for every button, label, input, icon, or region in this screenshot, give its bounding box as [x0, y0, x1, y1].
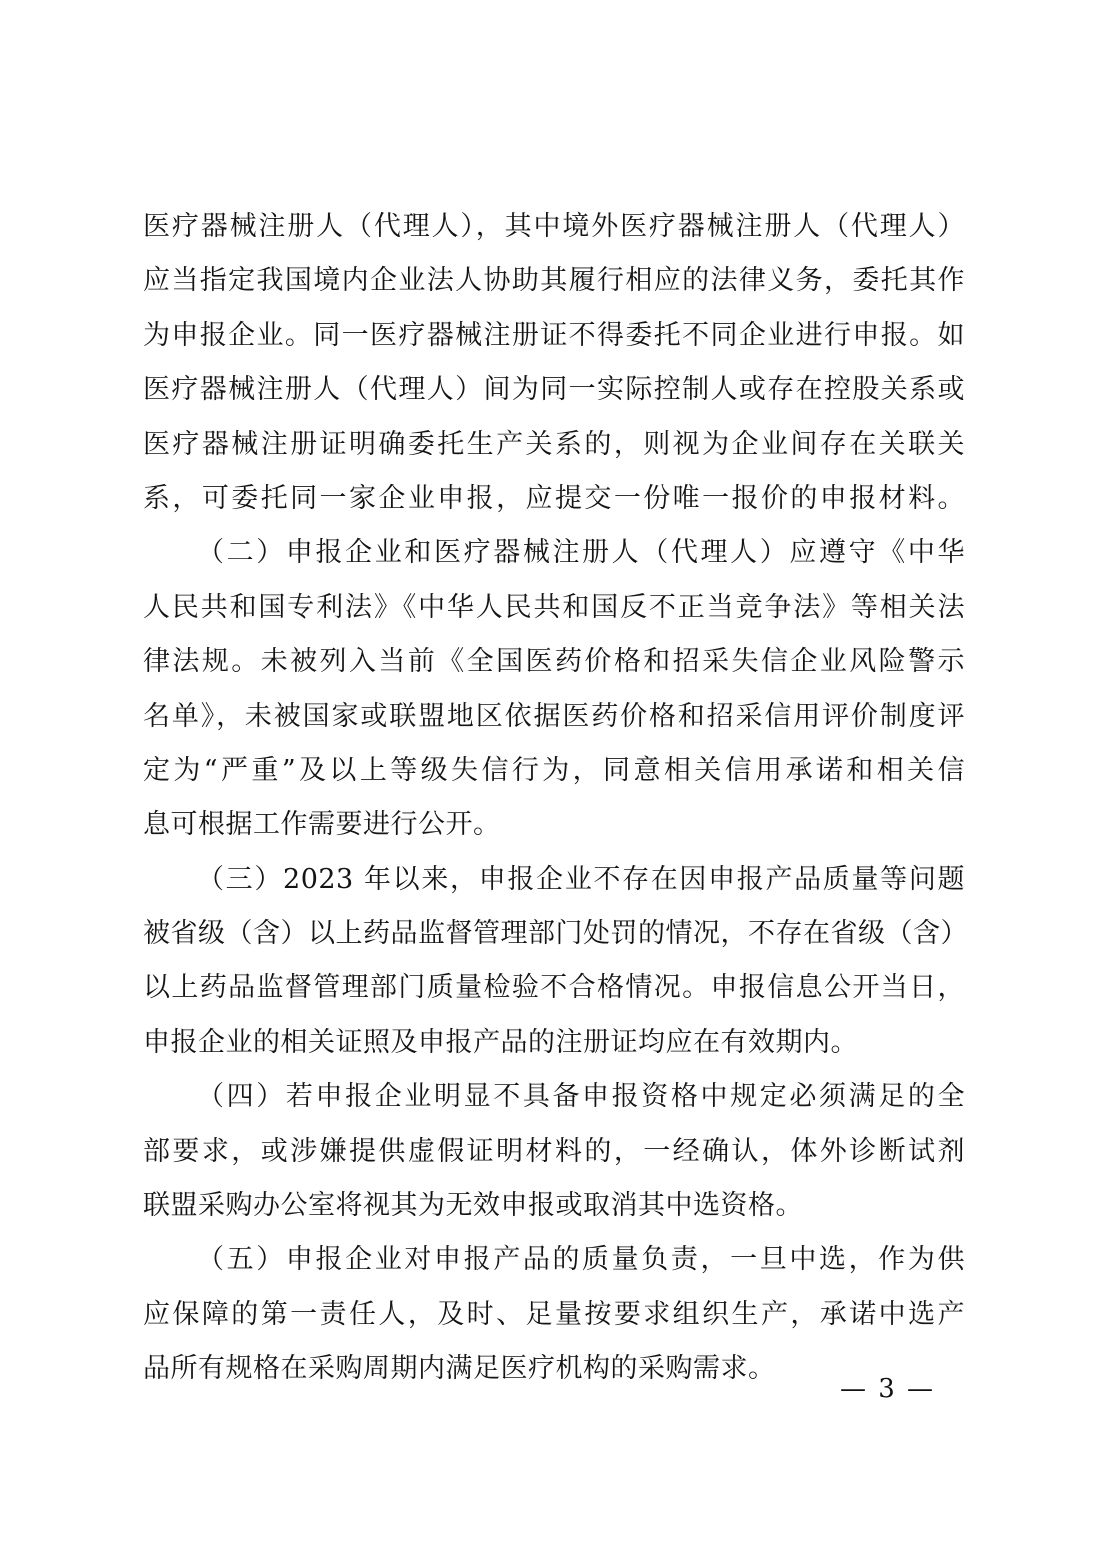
text-line-paragraph-5-start: （五）申报企业对申报产品的质量负责，一旦中选，作为供: [143, 1233, 965, 1287]
text-line: 人民共和国专利法》《中华人民共和国反不正当竞争法》等相关法: [143, 581, 965, 635]
text-line: 定为“严重”及以上等级失信行为，同意相关信用承诺和相关信: [143, 744, 965, 798]
text-line: 以上药品监督管理部门质量检验不合格情况。申报信息公开当日，: [143, 961, 965, 1015]
text-line: 医疗器械注册人（代理人）间为同一实际控制人或存在控股关系或: [143, 363, 965, 417]
text-line-paragraph-2-start: （二）申报企业和医疗器械注册人（代理人）应遵守《中华: [143, 526, 965, 580]
text-line: 息可根据工作需要进行公开。: [143, 798, 965, 852]
text-line: 应保障的第一责任人，及时、足量按要求组织生产，承诺中选产: [143, 1288, 965, 1342]
text-line: 系，可委托同一家企业申报，应提交一份唯一报价的申报材料。: [143, 472, 965, 526]
text-line-paragraph-4-start: （四）若申报企业明显不具备申报资格中规定必须满足的全: [143, 1070, 965, 1124]
text-line: 联盟采购办公室将视其为无效申报或取消其中选资格。: [143, 1179, 965, 1233]
text-line: 医疗器械注册人（代理人），其中境外医疗器械注册人（代理人）: [143, 200, 965, 254]
document-page: 医疗器械注册人（代理人），其中境外医疗器械注册人（代理人） 应当指定我国境内企业…: [0, 0, 1102, 1559]
text-line: 律法规。未被列入当前《全国医药价格和招采失信企业风险警示: [143, 635, 965, 689]
text-line: 被省级（含）以上药品监督管理部门处罚的情况，不存在省级（含）: [143, 907, 965, 961]
text-line: 为申报企业。同一医疗器械注册证不得委托不同企业进行申报。如: [143, 309, 965, 363]
document-text-block: 医疗器械注册人（代理人），其中境外医疗器械注册人（代理人） 应当指定我国境内企业…: [143, 200, 965, 1397]
text-line: 名单》，未被国家或联盟地区依据医药价格和招采信用评价制度评: [143, 690, 965, 744]
text-line: 部要求，或涉嫌提供虚假证明材料的，一经确认，体外诊断试剂: [143, 1125, 965, 1179]
text-line: 医疗器械注册证明确委托生产关系的，则视为企业间存在关联关: [143, 418, 965, 472]
page-number: — 3 —: [835, 1372, 940, 1406]
text-line-paragraph-3-start: （三）2023 年以来，申报企业不存在因申报产品质量等问题: [143, 853, 965, 907]
text-line: 申报企业的相关证照及申报产品的注册证均应在有效期内。: [143, 1016, 965, 1070]
text-line: 应当指定我国境内企业法人协助其履行相应的法律义务，委托其作: [143, 254, 965, 308]
